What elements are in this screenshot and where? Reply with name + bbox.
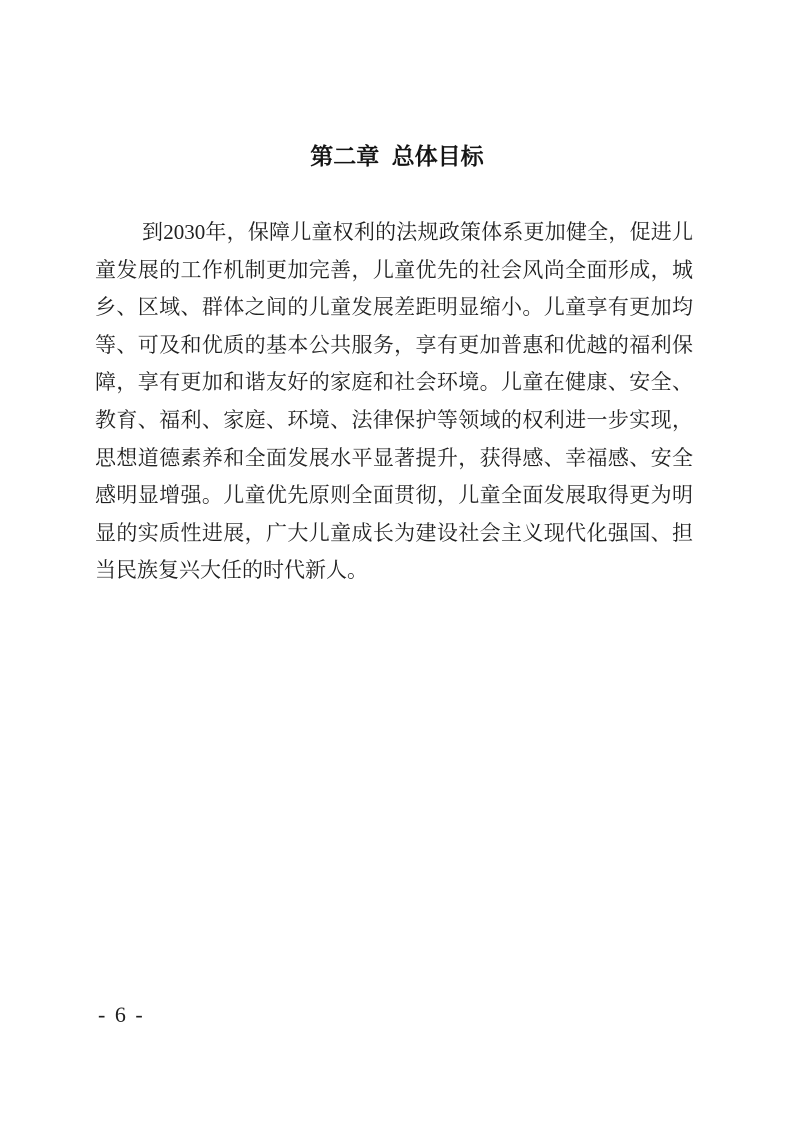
body-text-line: 乡、区域、群体之间的儿童发展差距明显缩小。儿童享有更加均 [95,289,693,327]
body-text-line: 等、可及和优质的基本公共服务，享有更加普惠和优越的福利保 [95,327,693,365]
body-text-line: 显的实质性进展，广大儿童成长为建设社会主义现代化强国、担 [95,515,693,553]
body-text-line: 童发展的工作机制更加完善，儿童优先的社会风尚全面形成，城 [95,252,693,290]
body-text-line: 教育、福利、家庭、环境、法律保护等领域的权利进一步实现， [95,402,693,440]
chapter-heading: 第二章 总体目标 [0,142,794,170]
document-page: 第二章 总体目标 到2030年，保障儿童权利的法规政策体系更加健全，促进儿童发展… [0,0,794,1122]
body-text-line: 到2030年，保障儿童权利的法规政策体系更加健全，促进儿 [95,214,693,252]
body-text-line: 思想道德素养和全面发展水平显著提升，获得感、幸福感、安全 [95,440,693,478]
page-number: - 6 - [98,1001,145,1029]
body-text-line: 当民族复兴大任的时代新人。 [95,552,693,590]
body-paragraph: 到2030年，保障儿童权利的法规政策体系更加健全，促进儿童发展的工作机制更加完善… [95,214,693,590]
body-text-line: 感明显增强。儿童优先原则全面贯彻，儿童全面发展取得更为明 [95,477,693,515]
body-text-line: 障，享有更加和谐友好的家庭和社会环境。儿童在健康、安全、 [95,364,693,402]
